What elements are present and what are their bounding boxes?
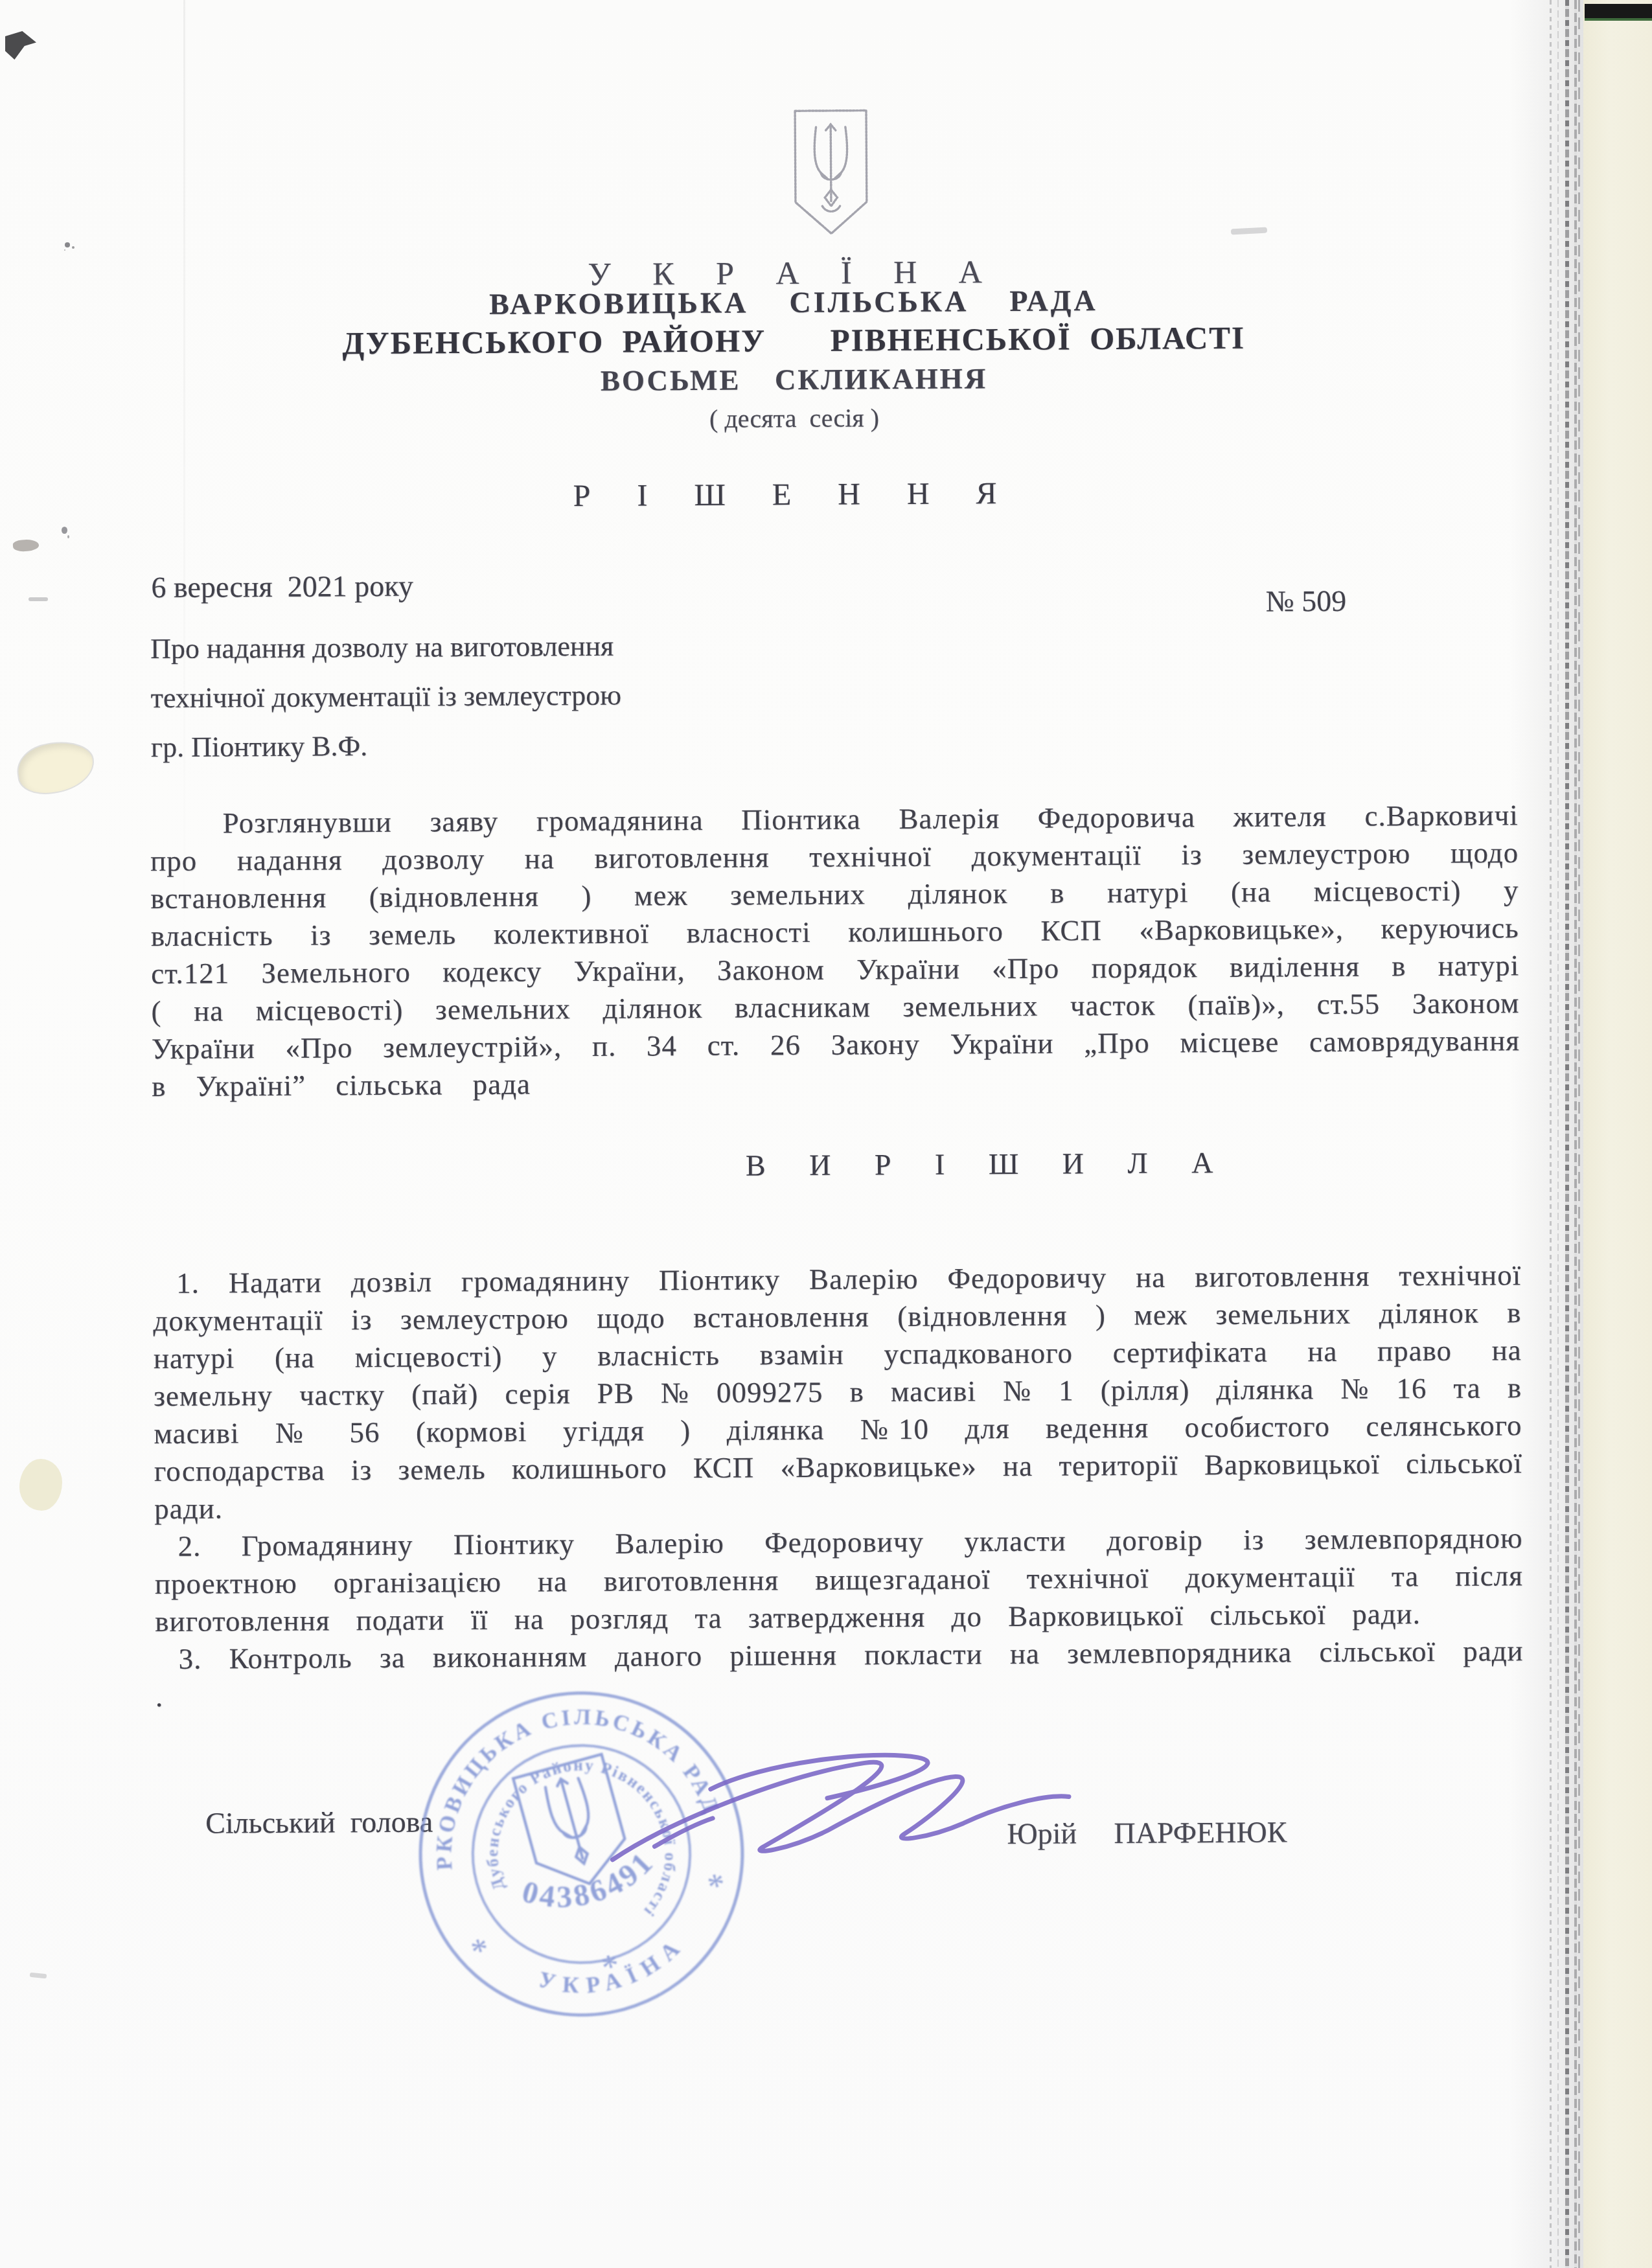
subject-line: гр. Піонтику В.Ф. — [151, 730, 368, 763]
scan-corner-bar — [1585, 4, 1652, 21]
subject-line: Про надання дозволу на виготовлення — [150, 630, 614, 665]
stamp-star-left: * — [467, 1930, 494, 1971]
document-type-title: Р І Ш Е Н Н Я — [3, 472, 1587, 518]
trident-emblem-icon — [790, 107, 872, 238]
district-region: ДУБЕНСЬКОГО РАЙОНУ РІВНЕНСЬКОЇ ОБЛАСТІ — [2, 317, 1585, 364]
resolution-item-3: 3. Контроль за виконанням даного рішення… — [155, 1632, 1524, 1715]
document-content: У К Р А Ї Н А ВАРКОВИЦЬКА СІЛЬСЬКА РАДА … — [0, 0, 1597, 2268]
preamble-paragraph: Розглянувши заяву громадянина Піонтика В… — [150, 796, 1520, 1105]
scanned-page: У К Р А Ї Н А ВАРКОВИЦЬКА СІЛЬСЬКА РАДА … — [0, 0, 1652, 2268]
session-label: ( десята сесія ) — [3, 398, 1586, 439]
subject-block: Про надання дозволу на виготовлення техн… — [150, 620, 896, 772]
resolution-item-2: 2. Громадянину Піонтику Валерію Федорови… — [154, 1519, 1523, 1640]
resolution-item-1: 1. Надати дозвіл громадянину Піонтику Ва… — [153, 1256, 1522, 1528]
document-number: № 509 — [1266, 584, 1347, 619]
convocation: ВОСЬМЕ СКЛИКАННЯ — [2, 358, 1585, 402]
handwritten-signature — [592, 1724, 1092, 1876]
resolution-items: 1. Надати дозвіл громадянину Піонтику Ва… — [153, 1256, 1524, 1715]
resolved-heading: В И Р І Ш И Л А — [746, 1145, 1232, 1183]
subject-line: технічної документації із землеустрою — [150, 680, 621, 714]
document-date: 6 вересня 2021 року — [151, 569, 413, 604]
